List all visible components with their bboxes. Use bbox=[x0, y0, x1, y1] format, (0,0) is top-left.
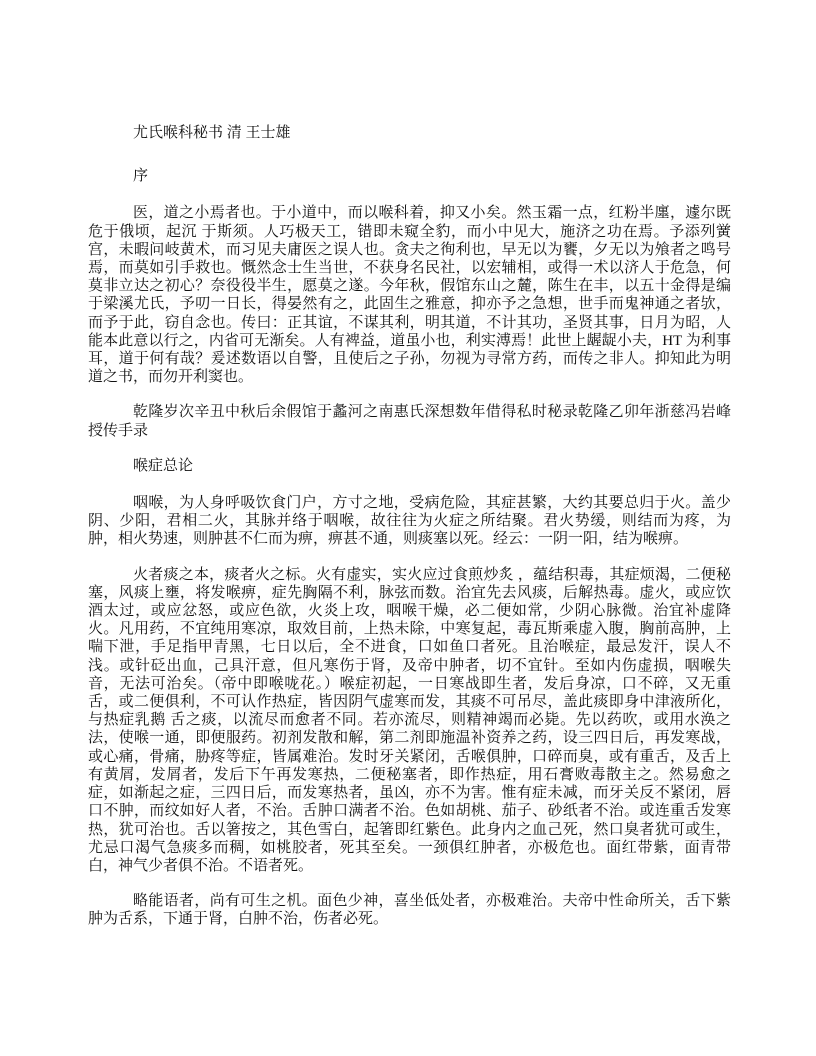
overview-paragraph-1: 咽喉，为人身呼吸饮食门户，方寸之地，受病危险，其症甚繁，大约其要总归于火。盖少阴… bbox=[88, 494, 731, 549]
preface-paragraph: 医，道之小焉者也。于小道中，而以喉科着，抑又小矣。然玉霜一点，红粉半廛，遽尔既危… bbox=[88, 204, 731, 386]
document-page: 尤氏喉科秘书 清 王士雄 序 医，道之小焉者也。于小道中，而以喉科着，抑又小矣。… bbox=[0, 0, 816, 1056]
section-heading-throat-overview: 喉症总论 bbox=[88, 457, 731, 475]
preface-heading: 序 bbox=[88, 167, 731, 185]
overview-paragraph-2: 火者痰之本，痰者火之标。火有虚实，实火应过食煎炒炙 ，蕴结积毒，其症烦渴，二便秘… bbox=[88, 566, 731, 875]
document-title: 尤氏喉科秘书 清 王士雄 bbox=[88, 124, 731, 142]
overview-paragraph-3: 略能语者，尚有可生之机。面色少神，喜坐低处者，亦极难治。夫帝中性命所关，舌下紫肿… bbox=[88, 892, 731, 928]
colophon-paragraph: 乾隆岁次辛丑中秋后余假馆于蠡河之南惠氏深想数年借得私时秘录乾隆乙卯年浙慈冯岩峰授… bbox=[88, 403, 731, 439]
